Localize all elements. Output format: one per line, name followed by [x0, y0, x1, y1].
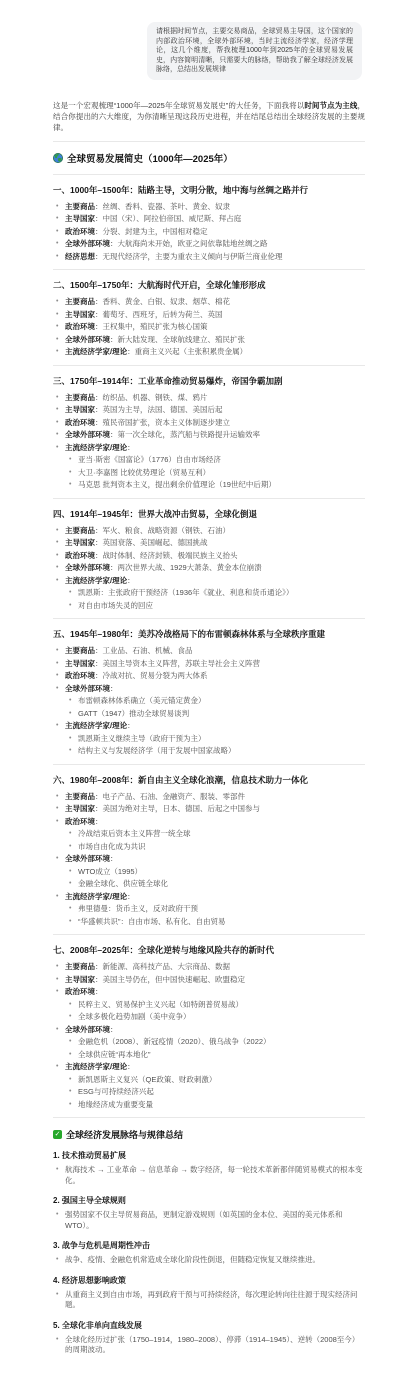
- bullet-marker: •: [69, 709, 73, 720]
- era-section: 三、1750年–1914年：工业革命推动贸易爆炸，帝国争霸加剧 •主要商品：纺织…: [53, 375, 365, 491]
- sub-text: 凯恩斯主义继续主导（政府干预为主）: [78, 734, 206, 745]
- main-header: 全球贸易发展简史（1000年—2025年）: [53, 151, 365, 165]
- sub-text: 大卫·李嘉图 比较优势理论（贸易互利）: [78, 468, 210, 479]
- bullet-item: •主导国家：美国为绝对主导，日本、德国、后起之中国参与: [56, 804, 365, 815]
- bullet-marker: •: [56, 418, 60, 429]
- bullet-marker: •: [69, 601, 73, 612]
- summary-header: ✓ 全球经济发展脉络与规律总结: [53, 1128, 365, 1141]
- bullet-marker: •: [56, 322, 60, 333]
- bullet-marker: •: [56, 1062, 60, 1073]
- rule-point: •全球化经历过扩张（1750–1914，1980–2008）、停滞（1914–1…: [56, 1335, 365, 1356]
- sub-item: •亚当·斯密《国富论》（1776）自由市场经济: [69, 455, 365, 466]
- sub-item: •大卫·李嘉图 比较优势理论（贸易互利）: [69, 468, 365, 479]
- sub-list: •凯恩斯主义继续主导（政府干预为主）•结构主义与发展经济学（用于发展中国家战略）: [56, 734, 365, 757]
- bullet-marker: •: [56, 817, 60, 828]
- bullet-marker: •: [69, 917, 73, 928]
- bullet-label: 全球外部环境: [65, 1025, 110, 1034]
- bullet-colon: ：: [127, 892, 135, 901]
- bullet-marker: •: [56, 239, 60, 250]
- bullet-marker: •: [56, 987, 60, 998]
- bullet-label: 政治环境: [65, 817, 95, 826]
- bullet-text: 美国主导仍在，但中国快速崛起、欧盟稳定: [103, 975, 246, 984]
- bullet-item: •主导国家：中国（宋）、阿拉伯帝国、威尼斯、拜占庭: [56, 214, 365, 225]
- user-message-bubble: 请根据时间节点，主要交易商品，全球贸易主导国，这个国家的内部政治环境，全球外部环…: [147, 22, 362, 80]
- sub-item: •结构主义与发展经济学（用于发展中国家战略）: [69, 746, 365, 757]
- section-title: 七、2008年–2025年：全球化逆转与地缘风险共存的新时代: [53, 944, 365, 956]
- bullet-label: 主导国家: [65, 804, 95, 813]
- bullet-colon: ：: [127, 1062, 135, 1071]
- sub-item: •金融危机（2008）、新冠疫情（2020）、俄乌战争（2022）: [69, 1037, 365, 1048]
- bullet-label: 政治环境: [65, 987, 95, 996]
- rule: 1. 技术推动贸易扩展 •航海技术 → 工业革命 → 信息革命 → 数字经济，每…: [53, 1150, 365, 1186]
- bullet-marker: •: [69, 1012, 73, 1023]
- bullet-label: 主要商品: [65, 202, 95, 211]
- bullet-marker: •: [69, 1037, 73, 1048]
- rule-text: 战争、疫情、金融危机常造成全球化阶段性倒退，但随稳定恢复又继续推进。: [65, 1255, 320, 1266]
- sub-item: •新凯恩斯主义复兴（QE政策、财政刺激）: [69, 1075, 365, 1086]
- bullet-marker: •: [56, 1165, 60, 1176]
- bullet-marker: •: [56, 854, 60, 865]
- divider: [53, 618, 365, 619]
- bullet-colon: ：: [95, 405, 103, 414]
- intro-paragraph: 这是一个宏观梳理“1000年—2025年全球贸易发展史”的大任务，下面我将以时间…: [53, 100, 365, 133]
- bullet-colon: ：: [95, 322, 103, 331]
- sub-list: •弗里德曼：货币主义，反对政府干预•“华盛顿共识”：自由市场、私有化、自由贸易: [56, 904, 365, 927]
- bullet-text: 重商主义兴起（主张积累贵金属）: [135, 347, 248, 356]
- bullet-marker: •: [56, 335, 60, 346]
- rule-text: 航海技术 → 工业革命 → 信息革命 → 数字经济，每一轮技术革新都伴随贸易模式…: [65, 1165, 365, 1186]
- rule: 4. 经济思想影响政策 •从重商主义到自由市场，再到政府干预与可持续经济，每次理…: [53, 1275, 365, 1311]
- rule-text: 从重商主义到自由市场，再到政府干预与可持续经济，每次理论转向往往源于现实经济问题…: [65, 1290, 365, 1311]
- rule-text: 全球化经历过扩张（1750–1914，1980–2008）、停滞（1914–19…: [65, 1335, 365, 1356]
- sub-text: 民粹主义、贸易保护主义兴起（如特朗普贸易战）: [78, 1000, 243, 1011]
- bullet-text: 英国衰落、美国崛起、德国挑战: [103, 538, 208, 547]
- bullet-marker: •: [69, 842, 73, 853]
- sub-item: •市场自由化成为共识: [69, 842, 365, 853]
- rule-point: •强势国家不仅主导贸易商品，更制定游戏规则（如英国的金本位、美国的美元体系和WT…: [56, 1210, 365, 1231]
- bullet-marker: •: [56, 430, 60, 441]
- bullet-item: •主流经济学家/理论：•新凯恩斯主义复兴（QE政策、财政刺激）•ESG与可持续经…: [56, 1062, 365, 1110]
- divider: [53, 1117, 365, 1118]
- bullet-item: •政治环境：分裂、封建为主，中国相对稳定: [56, 227, 365, 238]
- bullet-marker: •: [56, 684, 60, 695]
- sub-list: •民粹主义、贸易保护主义兴起（如特朗普贸易战）•全球多极化趋势加剧（美中竞争）: [56, 1000, 365, 1023]
- bullet-item: •主流经济学家/理论：重商主义兴起（主张积累贵金属）: [56, 347, 365, 358]
- assistant-response: 这是一个宏观梳理“1000年—2025年全球贸易发展史”的大任务，下面我将以时间…: [53, 100, 365, 1356]
- sub-text: WTO成立（1995）: [78, 867, 142, 878]
- bullet-marker: •: [69, 468, 73, 479]
- bullet-text: 中国（宋）、阿拉伯帝国、威尼斯、拜占庭: [103, 214, 242, 223]
- bullet-text: 军火、粮食、战略资源（钢铁、石油）: [103, 526, 231, 535]
- sub-text: 金融危机（2008）、新冠疫情（2020）、俄乌战争（2022）: [78, 1037, 271, 1048]
- bullet-colon: ：: [95, 792, 103, 801]
- section-title: 三、1750年–1914年：工业革命推动贸易爆炸，帝国争霸加剧: [53, 375, 365, 387]
- bullet-colon: ：: [95, 227, 103, 236]
- bullet-colon: ：: [95, 538, 103, 547]
- bullet-colon: ：: [95, 297, 103, 306]
- bullet-label: 主导国家: [65, 538, 95, 547]
- bullet-label: 全球外部环境: [65, 335, 110, 344]
- sub-item: •金融全球化、供应链全球化: [69, 879, 365, 890]
- divider: [53, 498, 365, 499]
- bullet-marker: •: [69, 1100, 73, 1111]
- bullet-colon: ：: [95, 214, 103, 223]
- summary-header-title: 全球经济发展脉络与规律总结: [66, 1128, 183, 1141]
- user-message-row: 请根据时间节点，主要交易商品，全球贸易主导国，这个国家的内部政治环境，全球外部环…: [0, 22, 419, 80]
- bullet-marker: •: [56, 393, 60, 404]
- bullet-marker: •: [69, 829, 73, 840]
- bullet-label: 全球外部环境: [65, 239, 110, 248]
- bullet-marker: •: [69, 1050, 73, 1061]
- bullet-label: 主要商品: [65, 393, 95, 402]
- era-section: 二、1500年–1750年：大航海时代开启，全球化雏形形成 •主要商品：香料、黄…: [53, 279, 365, 358]
- era-section: 五、1945年–1980年：美苏冷战格局下的布雷顿森林体系与全球秩序重建 •主要…: [53, 628, 365, 757]
- bullet-label: 主要商品: [65, 297, 95, 306]
- bullet-text: 分裂、封建为主，中国相对稳定: [103, 227, 208, 236]
- bullet-text: 美国主导资本主义阵营，苏联主导社会主义阵营: [103, 659, 261, 668]
- bullet-label: 主导国家: [65, 975, 95, 984]
- bullet-text: 第一次全球化，蒸汽船与铁路提升运输效率: [118, 430, 261, 439]
- era-section: 六、1980年–2008年：新自由主义全球化浪潮，信息技术助力一体化 •主要商品…: [53, 774, 365, 928]
- bullet-marker: •: [56, 214, 60, 225]
- section-list: •主要商品：丝绸、香料、瓷器、茶叶、黄金、奴隶•主导国家：中国（宋）、阿拉伯帝国…: [53, 202, 365, 263]
- sub-item: •WTO成立（1995）: [69, 867, 365, 878]
- rule-title: 4. 经济思想影响政策: [53, 1275, 365, 1286]
- bullet-label: 政治环境: [65, 227, 95, 236]
- bullet-marker: •: [56, 538, 60, 549]
- sub-item: •“华盛顿共识”：自由市场、私有化、自由贸易: [69, 917, 365, 928]
- sub-item: •凯恩斯主义继续主导（政府干预为主）: [69, 734, 365, 745]
- sub-text: 弗里德曼：货币主义，反对政府干预: [78, 904, 198, 915]
- rule-text: 强势国家不仅主导贸易商品，更制定游戏规则（如英国的金本位、美国的美元体系和WTO…: [65, 1210, 365, 1231]
- bullet-marker: •: [56, 576, 60, 587]
- sub-item: •地缘经济成为重要变量: [69, 1100, 365, 1111]
- bullet-marker: •: [56, 310, 60, 321]
- rule-list: •全球化经历过扩张（1750–1914，1980–2008）、停滞（1914–1…: [53, 1335, 365, 1356]
- rule-list: •从重商主义到自由市场，再到政府干预与可持续经济，每次理论转向往往源于现实经济问…: [53, 1290, 365, 1311]
- rule-list: •强势国家不仅主导贸易商品，更制定游戏规则（如英国的金本位、美国的美元体系和WT…: [53, 1210, 365, 1231]
- bullet-colon: ：: [95, 551, 103, 560]
- bullet-item: •政治环境：冷战对抗、贸易分裂为两大体系: [56, 671, 365, 682]
- sub-item: •马克思 批判资本主义，提出剩余价值理论（19世纪中后期）: [69, 480, 365, 491]
- rule-title: 1. 技术推动贸易扩展: [53, 1150, 365, 1161]
- bullet-marker: •: [56, 962, 60, 973]
- bullet-marker: •: [69, 1087, 73, 1098]
- bullet-marker: •: [69, 904, 73, 915]
- bullet-text: 殖民帝国扩张，资本主义体制逐步建立: [103, 418, 231, 427]
- bullet-colon: ：: [95, 393, 103, 402]
- sub-text: 对自由市场失灵的回应: [78, 601, 153, 612]
- section-list: •主要商品：电子产品、石油、金融资产、服装、零部件•主导国家：美国为绝对主导，日…: [53, 792, 365, 928]
- bullet-colon: ：: [95, 804, 103, 813]
- bullet-label: 全球外部环境: [65, 854, 110, 863]
- bullet-item: •主要商品：军火、粮食、战略资源（钢铁、石油）: [56, 526, 365, 537]
- bullet-marker: •: [56, 252, 60, 263]
- section-title: 六、1980年–2008年：新自由主义全球化浪潮，信息技术助力一体化: [53, 774, 365, 786]
- bullet-marker: •: [56, 659, 60, 670]
- bullet-colon: ：: [127, 443, 135, 452]
- rule-point: •从重商主义到自由市场，再到政府干预与可持续经济，每次理论转向往往源于现实经济问…: [56, 1290, 365, 1311]
- sub-list: •亚当·斯密《国富论》（1776）自由市场经济•大卫·李嘉图 比较优势理论（贸易…: [56, 455, 365, 491]
- bullet-colon: ：: [95, 310, 103, 319]
- bullet-marker: •: [56, 721, 60, 732]
- sub-text: 结构主义与发展经济学（用于发展中国家战略）: [78, 746, 236, 757]
- bullet-marker: •: [56, 1290, 60, 1301]
- bullet-item: •主流经济学家/理论：•亚当·斯密《国富论》（1776）自由市场经济•大卫·李嘉…: [56, 443, 365, 491]
- sub-text: 凯恩斯：主张政府干预经济（1936年《就业、利息和货币通论》）: [78, 588, 293, 599]
- bullet-text: 王权集中，殖民扩张为核心国策: [103, 322, 208, 331]
- bullet-text: 工业品、石油、机械、食品: [103, 646, 193, 655]
- section-list: •主要商品：香料、黄金、白银、奴隶、烟草、棉花•主导国家：葡萄牙、西班牙，后转为…: [53, 297, 365, 358]
- bullet-text: 大航海尚未开始，欧亚之间依靠陆地丝绸之路: [118, 239, 268, 248]
- rule: 5. 全球化非单向直线发展 •全球化经历过扩张（1750–1914，1980–2…: [53, 1320, 365, 1356]
- bullet-marker: •: [69, 480, 73, 491]
- bullet-colon: ：: [95, 659, 103, 668]
- check-icon: ✓: [53, 1130, 62, 1139]
- bullet-marker: •: [56, 1255, 60, 1266]
- intro-text-pre: 这是一个宏观梳理“1000年—2025年全球贸易发展史”的大任务，下面我将以: [53, 101, 304, 110]
- sub-item: •民粹主义、贸易保护主义兴起（如特朗普贸易战）: [69, 1000, 365, 1011]
- bullet-label: 政治环境: [65, 322, 95, 331]
- rule-title: 5. 全球化非单向直线发展: [53, 1320, 365, 1331]
- bullet-colon: ：: [95, 817, 103, 826]
- bullet-text: 无现代经济学，主要为重农主义倾向与伊斯兰商业伦理: [103, 252, 283, 261]
- bullet-label: 政治环境: [65, 671, 95, 680]
- sub-item: •冷战结束后资本主义阵营一统全球: [69, 829, 365, 840]
- bullet-colon: ：: [110, 1025, 118, 1034]
- bullet-text: 新能源、高科技产品、大宗商品、数据: [103, 962, 231, 971]
- sub-item: •GATT（1947）推动全球贸易谈判: [69, 709, 365, 720]
- rule-title: 2. 强国主导全球规则: [53, 1195, 365, 1206]
- divider: [53, 141, 365, 142]
- sub-text: 马克思 批判资本主义，提出剩余价值理论（19世纪中后期）: [78, 480, 276, 491]
- bullet-marker: •: [69, 867, 73, 878]
- bullet-text: 战时体制、经济封锁、极端民族主义抬头: [103, 551, 238, 560]
- sub-text: ESG与可持续经济兴起: [78, 1087, 154, 1098]
- bullet-marker: •: [56, 1335, 60, 1346]
- bullet-text: 两次世界大战、1929大萧条、黄金本位崩溃: [118, 563, 262, 572]
- bullet-marker: •: [56, 526, 60, 537]
- bullet-text: 冷战对抗、贸易分裂为两大体系: [103, 671, 208, 680]
- sub-text: 金融全球化、供应链全球化: [78, 879, 168, 890]
- bullet-item: •主要商品：纺织品、机器、钢铁、煤、鸦片: [56, 393, 365, 404]
- bullet-marker: •: [56, 1210, 60, 1221]
- bullet-item: •主导国家：英国为主导，法国、德国、美国后起: [56, 405, 365, 416]
- bullet-label: 主要商品: [65, 792, 95, 801]
- bullet-colon: ：: [95, 252, 103, 261]
- sub-text: 地缘经济成为重要变量: [78, 1100, 153, 1111]
- chat-page: 请根据时间节点，主要交易商品，全球贸易主导国，这个国家的内部政治环境，全球外部环…: [0, 0, 419, 1377]
- section-title: 四、1914年–1945年：世界大战冲击贸易，全球化倒退: [53, 508, 365, 520]
- bullet-marker: •: [56, 443, 60, 454]
- sub-list: •凯恩斯：主张政府干预经济（1936年《就业、利息和货币通论》）•对自由市场失灵…: [56, 588, 365, 611]
- bullet-colon: ：: [95, 526, 103, 535]
- bullet-label: 政治环境: [65, 418, 95, 427]
- bullet-item: •政治环境：王权集中，殖民扩张为核心国策: [56, 322, 365, 333]
- bullet-item: •全球外部环境：•布雷顿森林体系确立（美元锚定黄金）•GATT（1947）推动全…: [56, 684, 365, 720]
- sub-list: •冷战结束后资本主义阵营一统全球•市场自由化成为共识: [56, 829, 365, 852]
- bullet-colon: ：: [95, 418, 103, 427]
- bullet-label: 全球外部环境: [65, 563, 110, 572]
- bullet-item: •全球外部环境：新大陆发现、全球航线建立、殖民扩张: [56, 335, 365, 346]
- bullet-colon: ：: [95, 987, 103, 996]
- bullet-item: •全球外部环境：两次世界大战、1929大萧条、黄金本位崩溃: [56, 563, 365, 574]
- bullet-item: •主导国家：美国主导资本主义阵营，苏联主导社会主义阵营: [56, 659, 365, 670]
- bullet-label: 主导国家: [65, 659, 95, 668]
- rule-point: •航海技术 → 工业革命 → 信息革命 → 数字经济，每一轮技术革新都伴随贸易模…: [56, 1165, 365, 1186]
- rule-title: 3. 战争与危机是周期性冲击: [53, 1240, 365, 1251]
- bullet-marker: •: [56, 563, 60, 574]
- bullet-marker: •: [69, 1000, 73, 1011]
- bullet-marker: •: [69, 879, 73, 890]
- bullet-label: 主流经济学家/理论: [65, 576, 127, 585]
- bullet-item: •主流经济学家/理论：•凯恩斯：主张政府干预经济（1936年《就业、利息和货币通…: [56, 576, 365, 612]
- bullet-marker: •: [56, 975, 60, 986]
- bullet-marker: •: [69, 696, 73, 707]
- bullet-text: 美国为绝对主导，日本、德国、后起之中国参与: [103, 804, 261, 813]
- sub-text: 市场自由化成为共识: [78, 842, 146, 853]
- sub-text: 布雷顿森林体系确立（美元锚定黄金）: [78, 696, 206, 707]
- bullet-marker: •: [69, 1075, 73, 1086]
- bullet-label: 主导国家: [65, 214, 95, 223]
- sub-text: GATT（1947）推动全球贸易谈判: [78, 709, 189, 720]
- bullet-item: •全球外部环境：第一次全球化，蒸汽船与铁路提升运输效率: [56, 430, 365, 441]
- globe-icon: [53, 153, 63, 163]
- bullet-label: 全球外部环境: [65, 684, 110, 693]
- bullet-marker: •: [56, 671, 60, 682]
- bullet-item: •主要商品：电子产品、石油、金融资产、服装、零部件: [56, 792, 365, 803]
- rule: 3. 战争与危机是周期性冲击 •战争、疫情、金融危机常造成全球化阶段性倒退，但随…: [53, 1240, 365, 1266]
- bullet-marker: •: [56, 792, 60, 803]
- sub-text: 亚当·斯密《国富论》（1776）自由市场经济: [78, 455, 221, 466]
- bullet-label: 主要商品: [65, 962, 95, 971]
- sub-item: •全球多极化趋势加剧（美中竞争）: [69, 1012, 365, 1023]
- intro-text-bold: 时间节点为主线: [304, 101, 357, 110]
- bullet-item: •主导国家：葡萄牙、西班牙，后转为荷兰、英国: [56, 310, 365, 321]
- divider: [53, 174, 365, 175]
- sub-list: •WTO成立（1995）•金融全球化、供应链全球化: [56, 867, 365, 890]
- sub-item: •对自由市场失灵的回应: [69, 601, 365, 612]
- bullet-item: •主要商品：香料、黄金、白银、奴隶、烟草、棉花: [56, 297, 365, 308]
- bullet-text: 纺织品、机器、钢铁、煤、鸦片: [103, 393, 208, 402]
- section-title: 一、1000年–1500年：陆路主导，文明分散，地中海与丝绸之路并行: [53, 184, 365, 196]
- section-title: 二、1500年–1750年：大航海时代开启，全球化雏形形成: [53, 279, 365, 291]
- bullet-marker: •: [56, 297, 60, 308]
- section-list: •主要商品：军火、粮食、战略资源（钢铁、石油）•主导国家：英国衰落、美国崛起、德…: [53, 526, 365, 612]
- bullet-item: •全球外部环境：•金融危机（2008）、新冠疫情（2020）、俄乌战争（2022…: [56, 1025, 365, 1061]
- divider: [53, 269, 365, 270]
- main-header-title: 全球贸易发展简史（1000年—2025年）: [67, 151, 233, 165]
- bullet-label: 主流经济学家/理论: [65, 347, 127, 356]
- bullet-colon: ：: [110, 239, 118, 248]
- bullet-item: •政治环境：战时体制、经济封锁、极端民族主义抬头: [56, 551, 365, 562]
- divider: [53, 934, 365, 935]
- bullet-colon: ：: [95, 202, 103, 211]
- sub-item: •弗里德曼：货币主义，反对政府干预: [69, 904, 365, 915]
- bullet-label: 主导国家: [65, 405, 95, 414]
- bullet-colon: ：: [95, 646, 103, 655]
- bullet-marker: •: [56, 804, 60, 815]
- bullet-label: 经济思想: [65, 252, 95, 261]
- bullet-item: •经济思想：无现代经济学，主要为重农主义倾向与伊斯兰商业伦理: [56, 252, 365, 263]
- bullet-item: •全球外部环境：大航海尚未开始，欧亚之间依靠陆地丝绸之路: [56, 239, 365, 250]
- bullet-item: •主导国家：英国衰落、美国崛起、德国挑战: [56, 538, 365, 549]
- bullet-marker: •: [56, 347, 60, 358]
- sub-text: 新凯恩斯主义复兴（QE政策、财政刺激）: [78, 1075, 216, 1086]
- bullet-colon: ：: [110, 335, 118, 344]
- bullet-item: •主要商品：新能源、高科技产品、大宗商品、数据: [56, 962, 365, 973]
- era-sections: 一、1000年–1500年：陆路主导，文明分散，地中海与丝绸之路并行 •主要商品…: [53, 184, 365, 1119]
- summary-rules: 1. 技术推动贸易扩展 •航海技术 → 工业革命 → 信息革命 → 数字经济，每…: [53, 1150, 365, 1356]
- bullet-item: •主要商品：工业品、石油、机械、食品: [56, 646, 365, 657]
- bullet-text: 电子产品、石油、金融资产、服装、零部件: [103, 792, 246, 801]
- sub-text: 全球多极化趋势加剧（美中竞争）: [78, 1012, 191, 1023]
- bullet-item: •主导国家：美国主导仍在，但中国快速崛起、欧盟稳定: [56, 975, 365, 986]
- bullet-marker: •: [56, 227, 60, 238]
- era-section: 一、1000年–1500年：陆路主导，文明分散，地中海与丝绸之路并行 •主要商品…: [53, 184, 365, 263]
- bullet-marker: •: [69, 455, 73, 466]
- bullet-colon: ：: [127, 347, 135, 356]
- sub-list: •布雷顿森林体系确立（美元锚定黄金）•GATT（1947）推动全球贸易谈判: [56, 696, 365, 719]
- bullet-item: •政治环境：殖民帝国扩张，资本主义体制逐步建立: [56, 418, 365, 429]
- rule-point: •战争、疫情、金融危机常造成全球化阶段性倒退，但随稳定恢复又继续推进。: [56, 1255, 365, 1266]
- era-section: 七、2008年–2025年：全球化逆转与地缘风险共存的新时代 •主要商品：新能源…: [53, 944, 365, 1110]
- bullet-label: 主流经济学家/理论: [65, 721, 127, 730]
- sub-list: •金融危机（2008）、新冠疫情（2020）、俄乌战争（2022）•全球供应链“…: [56, 1037, 365, 1060]
- bullet-colon: ：: [110, 854, 118, 863]
- bullet-colon: ：: [95, 975, 103, 984]
- bullet-item: •全球外部环境：•WTO成立（1995）•金融全球化、供应链全球化: [56, 854, 365, 890]
- sub-text: 冷战结束后资本主义阵营一统全球: [78, 829, 191, 840]
- bullet-label: 主要商品: [65, 526, 95, 535]
- bullet-item: •主流经济学家/理论：•凯恩斯主义继续主导（政府干预为主）•结构主义与发展经济学…: [56, 721, 365, 757]
- bullet-colon: ：: [127, 721, 135, 730]
- bullet-colon: ：: [110, 684, 118, 693]
- bullet-marker: •: [69, 734, 73, 745]
- section-list: •主要商品：工业品、石油、机械、食品•主导国家：美国主导资本主义阵营，苏联主导社…: [53, 646, 365, 757]
- sub-item: •ESG与可持续经济兴起: [69, 1087, 365, 1098]
- bullet-text: 丝绸、香料、瓷器、茶叶、黄金、奴隶: [103, 202, 231, 211]
- sub-text: “华盛顿共识”：自由市场、私有化、自由贸易: [78, 917, 226, 928]
- bullet-colon: ：: [127, 576, 135, 585]
- bullet-label: 主导国家: [65, 310, 95, 319]
- rule: 2. 强国主导全球规则 •强势国家不仅主导贸易商品，更制定游戏规则（如英国的金本…: [53, 1195, 365, 1231]
- sub-text: 全球供应链“再本地化”: [78, 1050, 151, 1061]
- bullet-marker: •: [56, 1025, 60, 1036]
- bullet-label: 主要商品: [65, 646, 95, 655]
- bullet-marker: •: [69, 746, 73, 757]
- bullet-text: 香料、黄金、白银、奴隶、烟草、棉花: [103, 297, 231, 306]
- section-list: •主要商品：纺织品、机器、钢铁、煤、鸦片•主导国家：英国为主导，法国、德国、美国…: [53, 393, 365, 491]
- divider: [53, 764, 365, 765]
- divider: [53, 365, 365, 366]
- bullet-text: 英国为主导，法国、德国、美国后起: [103, 405, 223, 414]
- bullet-item: •主要商品：丝绸、香料、瓷器、茶叶、黄金、奴隶: [56, 202, 365, 213]
- bullet-marker: •: [56, 551, 60, 562]
- bullet-marker: •: [56, 405, 60, 416]
- bullet-item: •政治环境：•民粹主义、贸易保护主义兴起（如特朗普贸易战）•全球多极化趋势加剧（…: [56, 987, 365, 1023]
- sub-item: •凯恩斯：主张政府干预经济（1936年《就业、利息和货币通论》）: [69, 588, 365, 599]
- bullet-item: •政治环境：•冷战结束后资本主义阵营一统全球•市场自由化成为共识: [56, 817, 365, 853]
- bullet-colon: ：: [110, 563, 118, 572]
- bullet-marker: •: [56, 646, 60, 657]
- rule-list: •航海技术 → 工业革命 → 信息革命 → 数字经济，每一轮技术革新都伴随贸易模…: [53, 1165, 365, 1186]
- bullet-text: 葡萄牙、西班牙，后转为荷兰、英国: [103, 310, 223, 319]
- bullet-colon: ：: [95, 962, 103, 971]
- bullet-text: 新大陆发现、全球航线建立、殖民扩张: [118, 335, 246, 344]
- bullet-marker: •: [69, 588, 73, 599]
- sub-list: •新凯恩斯主义复兴（QE政策、财政刺激）•ESG与可持续经济兴起•地缘经济成为重…: [56, 1075, 365, 1111]
